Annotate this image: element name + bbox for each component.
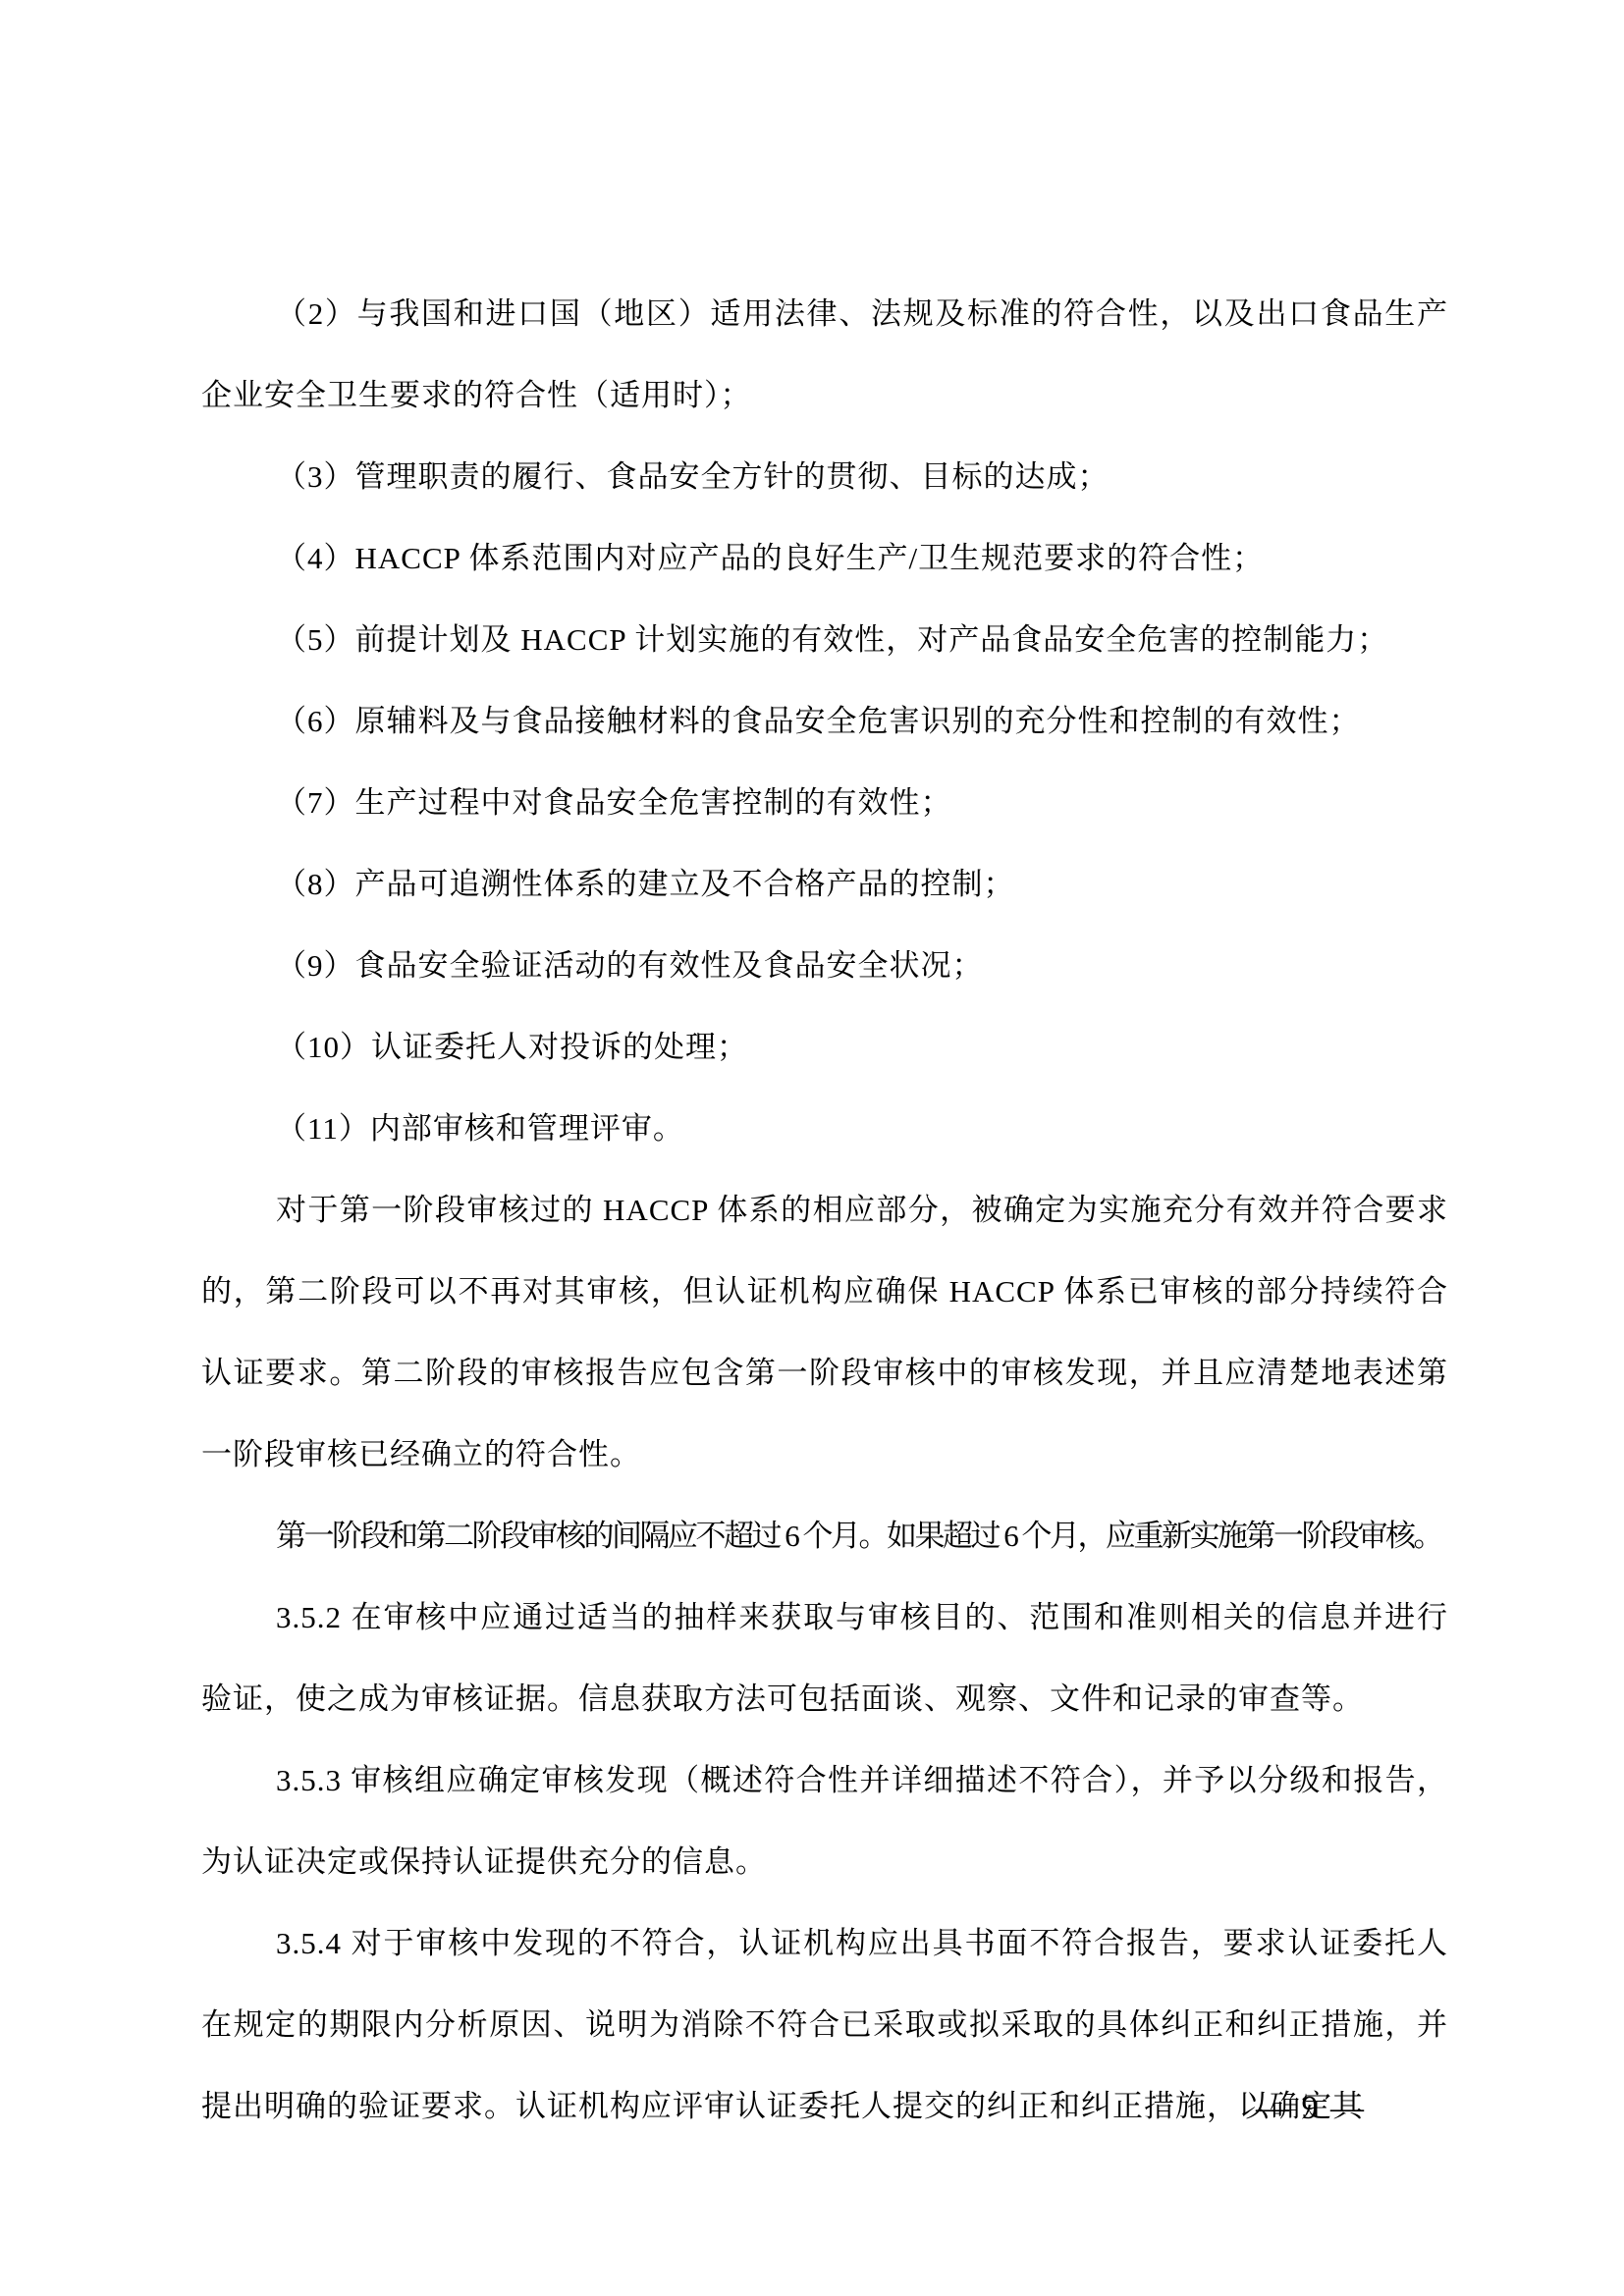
paragraph-item-5: （5）前提计划及 HACCP 计划实施的有效性，对产品食品安全危害的控制能力； [201,599,1448,680]
paragraph-item-10: （10）认证委托人对投诉的处理； [201,1006,1448,1088]
paragraph-stage-audit: 对于第一阶段审核过的 HACCP 体系的相应部分，被确定为实施充分有效并符合要求… [201,1169,1448,1495]
paragraph-item-3: （3）管理职责的履行、食品安全方针的贯彻、目标的达成； [201,436,1448,517]
paragraph-item-6: （6）原辅料及与食品接触材料的食品安全危害识别的充分性和控制的有效性； [201,680,1448,762]
paragraph-3-5-2: 3.5.2 在审核中应通过适当的抽样来获取与审核目的、范围和准则相关的信息并进行… [201,1576,1448,1739]
paragraph-item-9: （9）食品安全验证活动的有效性及食品安全状况； [201,925,1448,1006]
document-page: （2）与我国和进口国（地区）适用法律、法规及标准的符合性，以及出口食品生产企业安… [0,0,1624,2296]
page-number: — 9 — [1213,2087,1409,2130]
document-body: （2）与我国和进口国（地区）适用法律、法规及标准的符合性，以及出口食品生产企业安… [201,273,1448,2147]
paragraph-item-4: （4）HACCP 体系范围内对应产品的良好生产/卫生规范要求的符合性； [201,517,1448,599]
paragraph-item-8: （8）产品可追溯性体系的建立及不合格产品的控制； [201,843,1448,925]
paragraph-item-11: （11）内部审核和管理评审。 [201,1088,1448,1169]
paragraph-stage-interval: 第一阶段和第二阶段审核的间隔应不超过 6 个月。如果超过 6 个月，应重新实施第… [201,1495,1448,1576]
paragraph-item-7: （7）生产过程中对食品安全危害控制的有效性； [201,762,1448,843]
paragraph-3-5-3: 3.5.3 审核组应确定审核发现（概述符合性并详细描述不符合），并予以分级和报告… [201,1739,1448,1902]
paragraph-item-2: （2）与我国和进口国（地区）适用法律、法规及标准的符合性，以及出口食品生产企业安… [201,273,1448,436]
